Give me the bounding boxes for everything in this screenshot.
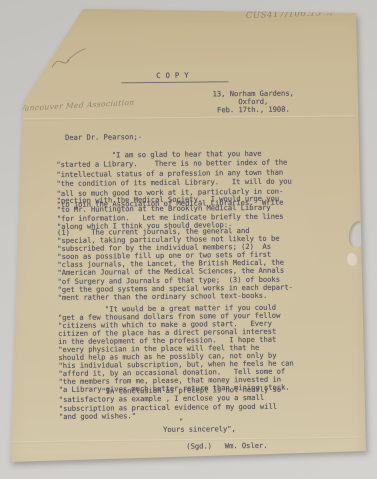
paragraph-2-journals: (1) The current journals, the general an…: [57, 227, 293, 302]
paragraph-1-part-a: "I am so glad to hear that you have "sta…: [56, 149, 292, 198]
paragraph-4-conclusion: "In conclusion as precept is not nearly …: [59, 386, 282, 422]
copy-heading: COPY: [121, 70, 228, 83]
letter-paper: CUS417/106.15 ½ Vancouver Med Associatio…: [0, 0, 377, 479]
paper-shadow: CUS417/106.15 ½ Vancouver Med Associatio…: [0, 0, 377, 479]
pencil-note-vancouver: Vancouver Med Association: [19, 98, 135, 113]
paragraph-3-donations: "It would be a great matter if you could…: [58, 304, 294, 394]
signature-line: (Sgd.) Wm. Osler.: [186, 441, 267, 451]
closing-valediction: Yours sincerely",: [163, 424, 236, 434]
archive-reference-number: CUS417/106.15 ½: [246, 8, 335, 21]
salutation: Dear Dr. Pearson;-: [65, 132, 142, 142]
address-date-block: 13, Norham Gardens, Oxford, Feb. 17th., …: [213, 90, 295, 115]
letter-content: CUS417/106.15 ½ Vancouver Med Associatio…: [0, 0, 377, 479]
pencil-scribble-icon: [48, 46, 92, 74]
scan-background: CUS417/106.15 ½ Vancouver Med Associatio…: [0, 0, 377, 479]
